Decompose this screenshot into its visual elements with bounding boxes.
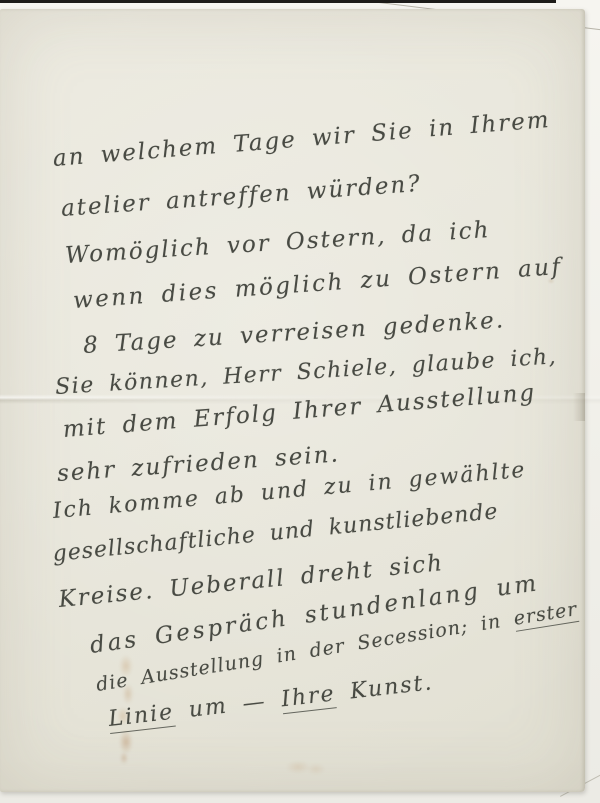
line14-tail: Kunst. [334,670,435,706]
underlined-word-erster: erster [512,598,579,632]
letter-line-2: atelier antreffen würden? [60,171,422,222]
line14-mid: um [173,692,244,725]
letter-photograph: an welchem Tage wir Sie in Ihrem atelier… [0,0,600,803]
handwritten-text-layer: an welchem Tage wir Sie in Ihrem atelier… [0,0,600,803]
letter-line-1: an welchem Tage wir Sie in Ihrem [52,107,552,172]
underlined-word-linie: Linie [107,700,176,734]
letter-line-3: Womöglich vor Ostern, da ich [64,217,491,269]
underlined-word-ihre: Ihre [280,681,337,714]
hand-drawn-dash: — [241,689,268,717]
